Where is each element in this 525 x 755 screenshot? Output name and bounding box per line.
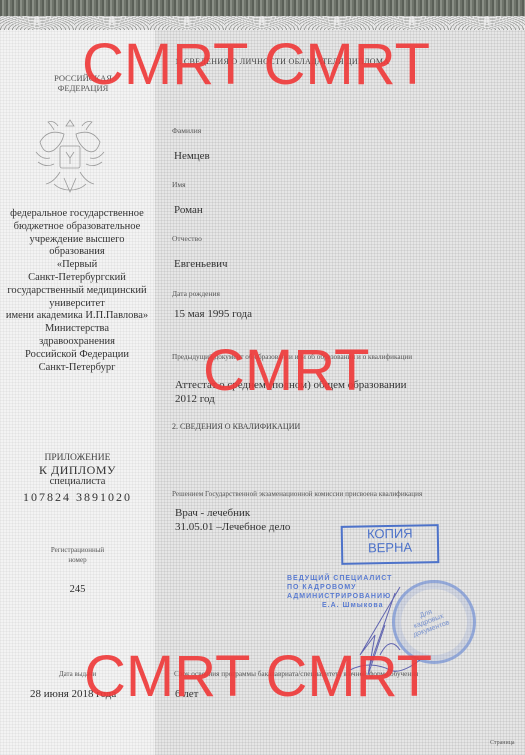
- institution-line: учреждение высшего: [2, 234, 152, 247]
- copy-certified-stamp: КОПИЯ ВЕРНА: [341, 524, 440, 565]
- copy-stamp-line-2: ВЕРНА: [343, 540, 437, 556]
- birth-date-label: Дата рождения: [172, 289, 220, 298]
- institution-line: университет: [2, 298, 152, 311]
- qualification-value: Врач - лечебник: [175, 507, 250, 519]
- institution-line: федеральное государственное: [2, 208, 152, 221]
- appendix-title-line-2: К ДИПЛОМУ: [0, 464, 155, 476]
- section-2-title: 2. СВЕДЕНИЯ О КВАЛИФИКАЦИИ: [172, 422, 300, 431]
- signature-stamp-line: ВЕДУЩИЙ СПЕЦИАЛИСТ: [287, 574, 392, 583]
- institution-line: Санкт-Петербург: [2, 362, 152, 375]
- institution-line: бюджетное образовательное: [2, 221, 152, 234]
- institution-line: образования: [2, 246, 152, 259]
- registration-number: 245: [0, 584, 155, 595]
- page-label: Страница: [490, 740, 515, 746]
- watermark-top: CMRT CMRT: [82, 36, 430, 94]
- institution-line: имени академика И.П.Павлова»: [2, 310, 152, 323]
- name-value: Роман: [174, 204, 203, 216]
- surname-label: Фамилия: [172, 126, 201, 135]
- institution-line: Министерства: [2, 323, 152, 336]
- birth-date-value: 15 мая 1995 года: [174, 308, 252, 320]
- qualification-label: Решением Государственной экзаменационной…: [172, 490, 422, 498]
- patronymic-value: Евгеньевич: [174, 258, 228, 270]
- institution-line: Санкт-Петербургский: [2, 272, 152, 285]
- watermark-middle: CMRT: [203, 342, 369, 400]
- coat-of-arms-icon: [30, 112, 110, 202]
- diploma-number: 107824 3891020: [0, 490, 155, 505]
- institution-name: федеральное государственное бюджетное об…: [2, 208, 152, 374]
- appendix-title-line-3: специалиста: [0, 476, 155, 488]
- registration-label-line-1: Регистрационный: [0, 545, 155, 555]
- surname-value: Немцев: [174, 150, 210, 162]
- institution-line: здравоохранения: [2, 336, 152, 349]
- institution-line: «Первый: [2, 259, 152, 272]
- patronymic-label: Отчество: [172, 234, 202, 243]
- watermark-bottom: CMRT CMRT: [84, 648, 432, 706]
- specialty-value: 31.05.01 –Лечебное дело: [175, 521, 290, 533]
- registration-label: Регистрационный номер: [0, 545, 155, 565]
- diploma-page: РОССИЙСКАЯ ФЕДЕРАЦИЯ федеральное государ…: [0, 0, 525, 755]
- institution-line: государственный медицинский: [2, 285, 152, 298]
- appendix-title: ПРИЛОЖЕНИЕ К ДИПЛОМУ специалиста: [0, 452, 155, 488]
- ornamental-border: [0, 0, 525, 16]
- name-label: Имя: [172, 180, 186, 189]
- institution-line: Российской Федерации: [2, 349, 152, 362]
- registration-label-line-2: номер: [0, 555, 155, 565]
